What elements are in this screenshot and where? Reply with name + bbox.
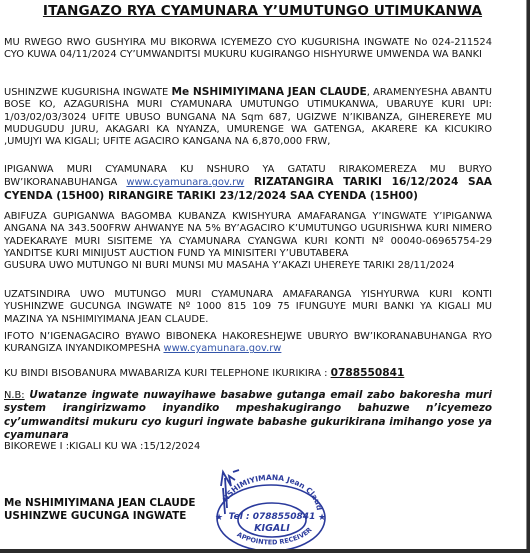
stamp-star-right-icon: ★ (318, 513, 326, 523)
official-stamp-icon: NSHIMIYIMANA Jean Claude APPOINTED RECEI… (205, 468, 335, 552)
stamp-star-left-icon: ★ (215, 513, 223, 523)
note-text: Uwatanze ingwate nuwayihawe basabwe guta… (4, 389, 492, 441)
date-line: BIKOREWE I :KIGALI KU WA :15/12/2024 (4, 441, 492, 453)
note-label: N.B: (4, 390, 25, 401)
paragraph-visit: GUSURA UWO MUTUNGO NI BURI MUNSI MU MASA… (4, 260, 492, 272)
auctioneer-lead: USHINZWE KUGURISHA INGWATE (4, 87, 171, 98)
auctioneer-name: Me NSHIMIYIMANA JEAN CLAUDE (171, 86, 366, 98)
paragraph-photos: IFOTO N’IGENAGACIRO BYAWO BIBONEKA HAKOR… (4, 331, 492, 356)
contact-lead: KU BINDI BISOBANURA MWABARIZA KURI TELEP… (4, 368, 331, 379)
document-title: ITANGAZO RYA CYAMUNARA Y’UMUTUNGO UTIMUK… (0, 3, 525, 19)
paragraph-payment: UZATSINDIRA UWO MUTUNGO MURI CYAMUNARA A… (4, 289, 492, 326)
signature-block: Me NSHIMIYIMANA JEAN CLAUDE USHINZWE GUC… (4, 497, 196, 522)
contact-phone[interactable]: 0788550841 (331, 367, 405, 379)
viewer-bottom-edge (0, 549, 530, 553)
cyamunara-link[interactable]: www.cyamunara.gov.rw (126, 177, 244, 188)
cyamunara-link-2[interactable]: www.cyamunara.gov.rw (164, 343, 282, 354)
stamp-tel: Tel : 0788550841 (229, 512, 316, 522)
paragraph-contact: KU BINDI BISOBANURA MWABARIZA KURI TELEP… (4, 367, 492, 380)
signatory-role: USHINZWE GUCUNGA INGWATE (4, 510, 196, 523)
paragraph-note: N.B: Uwatanze ingwate nuwayihawe basabwe… (4, 389, 492, 442)
paragraph-auction-dates: IPIGANWA MURI CYAMUNARA KU NSHURO YA GAT… (4, 164, 492, 203)
signatory-name: Me NSHIMIYIMANA JEAN CLAUDE (4, 497, 196, 510)
paragraph-decision: MU RWEGO RWO GUSHYIRA MU BIKORWA ICYEMEZ… (4, 37, 492, 62)
stamp-city: KIGALI (254, 523, 290, 534)
paragraph-auctioneer: USHINZWE KUGURISHA INGWATE Me NSHIMIYIMA… (4, 86, 492, 148)
document-page: ITANGAZO RYA CYAMUNARA Y’UMUTUNGO UTIMUK… (0, 0, 527, 549)
paragraph-deposit: ABIFUZA GUPIGANWA BAGOMBA KUBANZA KWISHY… (4, 211, 492, 260)
